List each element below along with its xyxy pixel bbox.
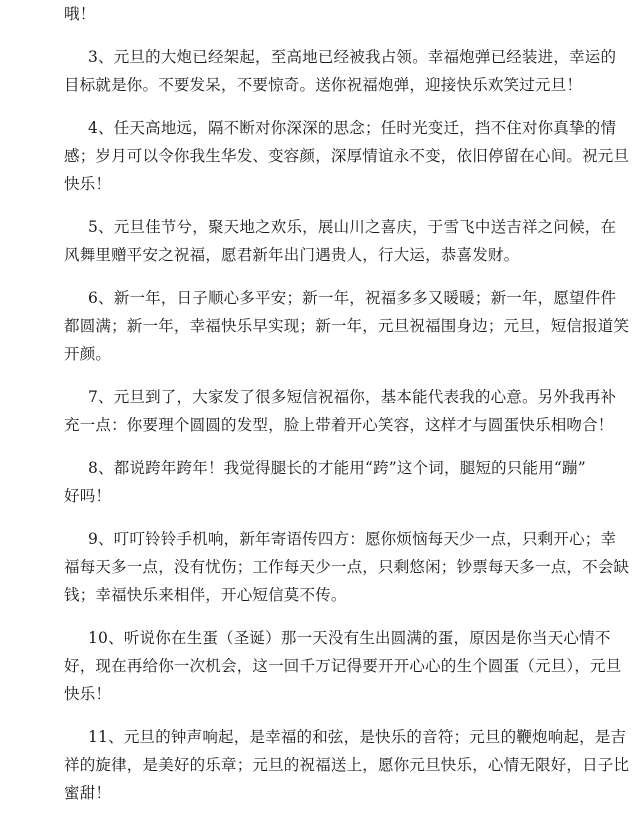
text-line: 钱；幸福快乐来相伴，开心短信莫不传。 [64,581,576,609]
text-line: 8、都说跨年跨年！我觉得腿长的才能用“跨”这个词，腿短的只能用“蹦” [64,454,576,482]
paragraph-10: 10、听说你在生蛋（圣诞）那一天没有生出圆满的蛋，原因是你当天心情不 好，现在再… [64,624,576,708]
text-line: 好吗！ [64,482,576,510]
text-line: 好，现在再给你一次机会，这一回千万记得要开开心心的生个圆蛋（元旦），元旦 [64,652,576,680]
paragraph-7: 7、元旦到了，大家发了很多短信祝福你，基本能代表我的心意。另外我再补 充一点：你… [64,383,576,439]
text-line: 快乐！ [64,170,576,198]
paragraph-11: 11、元旦的钟声响起，是幸福的和弦，是快乐的音符；元旦的鞭炮响起，是吉 祥的旋律… [64,723,576,807]
document-page: 哦！ 3、元旦的大炮已经架起，至高地已经被我占领。幸福炮弹已经装进，幸运的 目标… [64,0,576,822]
paragraph-4: 4、任天高地远，隔不断对你深深的思念；任时光变迁，挡不住对你真挚的情 感；岁月可… [64,114,576,198]
paragraph-continued: 哦！ [64,0,576,28]
text-line: 福每天多一点，没有忧伤；工作每天少一点，只剩悠闲；钞票每天多一点，不会缺 [64,553,576,581]
text-line: 6、新一年，日子顺心多平安；新一年，祝福多多又暖暖；新一年，愿望件件 [64,284,576,312]
text-line: 哦！ [64,0,576,28]
text-line: 感；岁月可以令你我生华发、变容颜，深厚情谊永不变，依旧停留在心间。祝元旦 [64,142,576,170]
text-line: 开颜。 [64,340,576,368]
text-line: 4、任天高地远，隔不断对你深深的思念；任时光变迁，挡不住对你真挚的情 [64,114,576,142]
text-line: 风舞里赠平安之祝福，愿君新年出门遇贵人，行大运，恭喜发财。 [64,241,576,269]
text-line: 11、元旦的钟声响起，是幸福的和弦，是快乐的音符；元旦的鞭炮响起，是吉 [64,723,576,751]
paragraph-9: 9、叮叮铃铃手机响，新年寄语传四方：愿你烦恼每天少一点，只剩开心；幸 福每天多一… [64,525,576,609]
paragraph-6: 6、新一年，日子顺心多平安；新一年，祝福多多又暖暖；新一年，愿望件件 都圆满；新… [64,284,576,368]
text-line: 都圆满；新一年，幸福快乐早实现；新一年，元旦祝福围身边；元旦，短信报道笑 [64,312,576,340]
text-line: 5、元旦佳节兮，聚天地之欢乐，展山川之喜庆，于雪飞中送吉祥之问候，在 [64,213,576,241]
text-line: 3、元旦的大炮已经架起，至高地已经被我占领。幸福炮弹已经装进，幸运的 [64,43,576,71]
text-line: 祥的旋律，是美好的乐章；元旦的祝福送上，愿你元旦快乐，心情无限好，日子比 [64,751,576,779]
text-line: 7、元旦到了，大家发了很多短信祝福你，基本能代表我的心意。另外我再补 [64,383,576,411]
text-line: 10、听说你在生蛋（圣诞）那一天没有生出圆满的蛋，原因是你当天心情不 [64,624,576,652]
paragraph-5: 5、元旦佳节兮，聚天地之欢乐，展山川之喜庆，于雪飞中送吉祥之问候，在 风舞里赠平… [64,213,576,269]
paragraph-8: 8、都说跨年跨年！我觉得腿长的才能用“跨”这个词，腿短的只能用“蹦” 好吗！ [64,454,576,510]
text-line: 蜜甜！ [64,779,576,807]
text-line: 目标就是你。不要发呆，不要惊奇。送你祝福炮弹，迎接快乐欢笑过元旦！ [64,71,576,99]
text-line: 充一点：你要理个圆圆的发型，脸上带着开心笑容，这样才与圆蛋快乐相吻合！ [64,411,576,439]
paragraph-3: 3、元旦的大炮已经架起，至高地已经被我占领。幸福炮弹已经装进，幸运的 目标就是你… [64,43,576,99]
text-line: 9、叮叮铃铃手机响，新年寄语传四方：愿你烦恼每天少一点，只剩开心；幸 [64,525,576,553]
text-line: 快乐！ [64,680,576,708]
